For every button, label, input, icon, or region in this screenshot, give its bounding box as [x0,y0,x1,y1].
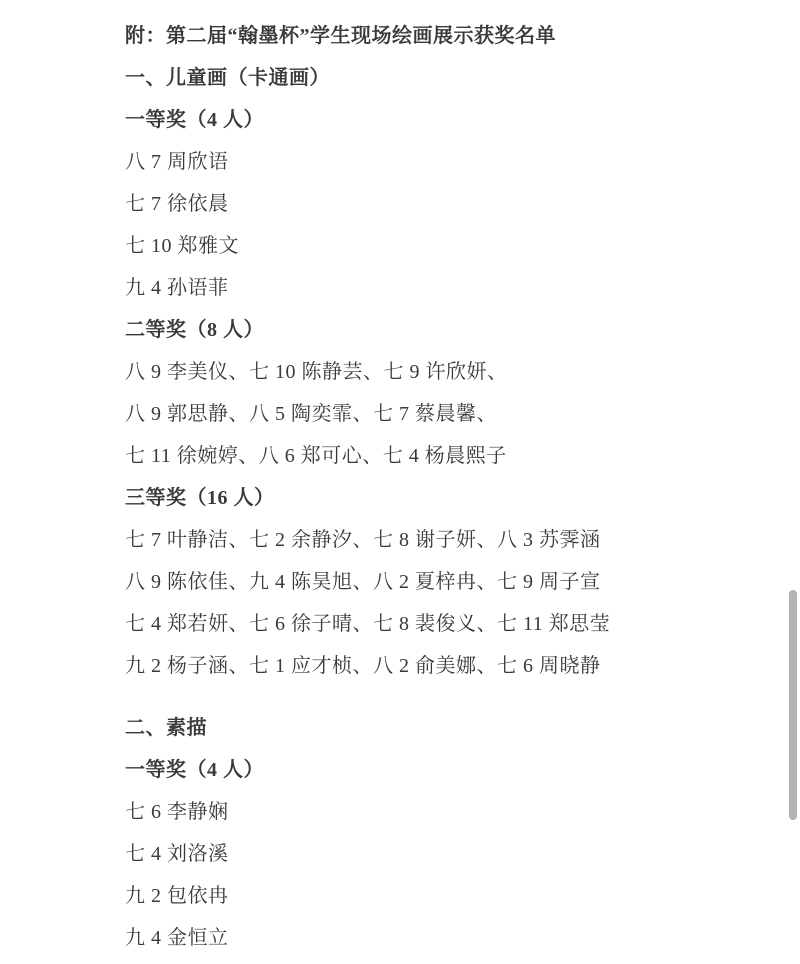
award-line: 八 9 李美仪、七 10 陈静芸、七 9 许欣妍、 [125,351,740,393]
award-line: 七 11 徐婉婷、八 6 郑可心、七 4 杨晨熙子 [125,435,740,477]
award-line: 七 10 郑雅文 [125,225,740,267]
award-line: 七 4 郑若妍、七 6 徐子晴、七 8 裴俊义、七 11 郑思莹 [125,603,740,645]
section-heading: 一、儿童画（卡通画） [125,57,740,99]
award-group-heading: 二等奖（8 人） [125,309,740,351]
award-line: 九 2 包依冉 [125,875,740,917]
scrollbar-thumb[interactable] [789,590,797,820]
award-line: 七 7 叶静洁、七 2 余静汐、七 8 谢子妍、八 3 苏霁涵 [125,519,740,561]
award-line: 七 7 徐依晨 [125,183,740,225]
document-page: 附：第二届“翰墨杯”学生现场绘画展示获奖名单一、儿童画（卡通画）一等奖（4 人）… [0,0,800,964]
award-line: 八 9 郭思静、八 5 陶奕霏、七 7 蔡晨馨、 [125,393,740,435]
award-group-heading: 一等奖（4 人） [125,749,740,791]
award-line: 八 9 陈依佳、九 4 陈昊旭、八 2 夏梓冉、七 9 周子宣 [125,561,740,603]
award-line: 九 4 孙语菲 [125,267,740,309]
section-heading: 二、素描 [125,707,740,749]
page-title: 附：第二届“翰墨杯”学生现场绘画展示获奖名单 [125,15,740,57]
award-line: 九 2 杨子涵、七 1 应才桢、八 2 俞美娜、七 6 周晓静 [125,645,740,687]
award-line: 八 7 周欣语 [125,141,740,183]
award-group-heading: 一等奖（4 人） [125,99,740,141]
award-line: 七 6 李静娴 [125,791,740,833]
award-line: 九 4 金恒立 [125,917,740,959]
award-group-heading: 三等奖（16 人） [125,477,740,519]
award-line: 七 4 刘洛溪 [125,833,740,875]
